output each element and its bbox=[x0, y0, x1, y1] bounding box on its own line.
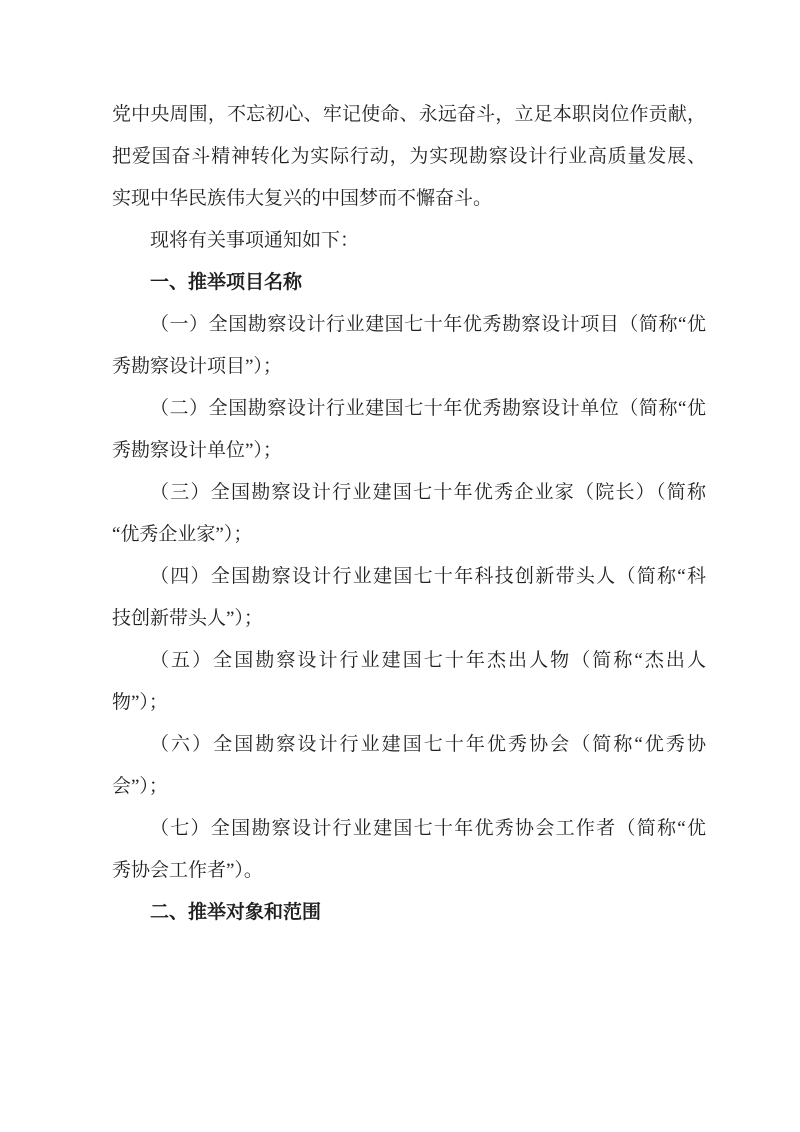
text-line: 党中央周围，不忘初心、牢记使命、永远奋斗，立足本职岗位作贡献， bbox=[112, 94, 706, 136]
heading-line: 二、推举对象和范围 bbox=[112, 892, 706, 934]
document-content: 党中央周围，不忘初心、牢记使命、永远奋斗，立足本职岗位作贡献， 把爱国奋斗精神转… bbox=[112, 94, 706, 934]
paragraph-continuation: 党中央周围，不忘初心、牢记使命、永远奋斗，立足本职岗位作贡献， 把爱国奋斗精神转… bbox=[112, 94, 706, 220]
list-item-5: （五）全国勘察设计行业建国七十年杰出人物（简称“杰出人 物”）； bbox=[112, 640, 706, 724]
list-item-7: （七）全国勘察设计行业建国七十年优秀协会工作者（简称“优 秀协会工作者”）。 bbox=[112, 808, 706, 892]
text-line: （五）全国勘察设计行业建国七十年杰出人物（简称“杰出人 bbox=[112, 640, 706, 682]
list-item-6: （六）全国勘察设计行业建国七十年优秀协会（简称“优秀协 会”）； bbox=[112, 724, 706, 808]
list-item-1: （一）全国勘察设计行业建国七十年优秀勘察设计项目（简称“优 秀勘察设计项目”）； bbox=[112, 304, 706, 388]
document-page: 党中央周围，不忘初心、牢记使命、永远奋斗，立足本职岗位作贡献， 把爱国奋斗精神转… bbox=[0, 0, 800, 1132]
text-line: （三）全国勘察设计行业建国七十年优秀企业家（院长）（简称 bbox=[112, 472, 706, 514]
text-line: 会”）； bbox=[112, 766, 706, 808]
text-line: （一）全国勘察设计行业建国七十年优秀勘察设计项目（简称“优 bbox=[112, 304, 706, 346]
text-line: 把爱国奋斗精神转化为实际行动，为实现勘察设计行业高质量发展、 bbox=[112, 136, 706, 178]
list-item-2: （二）全国勘察设计行业建国七十年优秀勘察设计单位（简称“优 秀勘察设计单位”）； bbox=[112, 388, 706, 472]
text-line: 秀协会工作者”）。 bbox=[112, 850, 706, 892]
text-line: “优秀企业家”）； bbox=[112, 514, 706, 556]
text-line: （四）全国勘察设计行业建国七十年科技创新带头人（简称“科 bbox=[112, 556, 706, 598]
text-line: （二）全国勘察设计行业建国七十年优秀勘察设计单位（简称“优 bbox=[112, 388, 706, 430]
text-line: 实现中华民族伟大复兴的中国梦而不懈奋斗。 bbox=[112, 178, 706, 220]
text-line: 物”）； bbox=[112, 682, 706, 724]
section-heading-2: 二、推举对象和范围 bbox=[112, 892, 706, 934]
list-item-4: （四）全国勘察设计行业建国七十年科技创新带头人（简称“科 技创新带头人”）； bbox=[112, 556, 706, 640]
section-heading-1: 一、推举项目名称 bbox=[112, 262, 706, 304]
text-line: 现将有关事项通知如下： bbox=[112, 220, 706, 262]
text-line: （七）全国勘察设计行业建国七十年优秀协会工作者（简称“优 bbox=[112, 808, 706, 850]
list-item-3: （三）全国勘察设计行业建国七十年优秀企业家（院长）（简称 “优秀企业家”）； bbox=[112, 472, 706, 556]
text-line: （六）全国勘察设计行业建国七十年优秀协会（简称“优秀协 bbox=[112, 724, 706, 766]
text-line: 秀勘察设计项目”）； bbox=[112, 346, 706, 388]
text-line: 秀勘察设计单位”）； bbox=[112, 430, 706, 472]
paragraph-intro: 现将有关事项通知如下： bbox=[112, 220, 706, 262]
heading-line: 一、推举项目名称 bbox=[112, 262, 706, 304]
text-line: 技创新带头人”）； bbox=[112, 598, 706, 640]
